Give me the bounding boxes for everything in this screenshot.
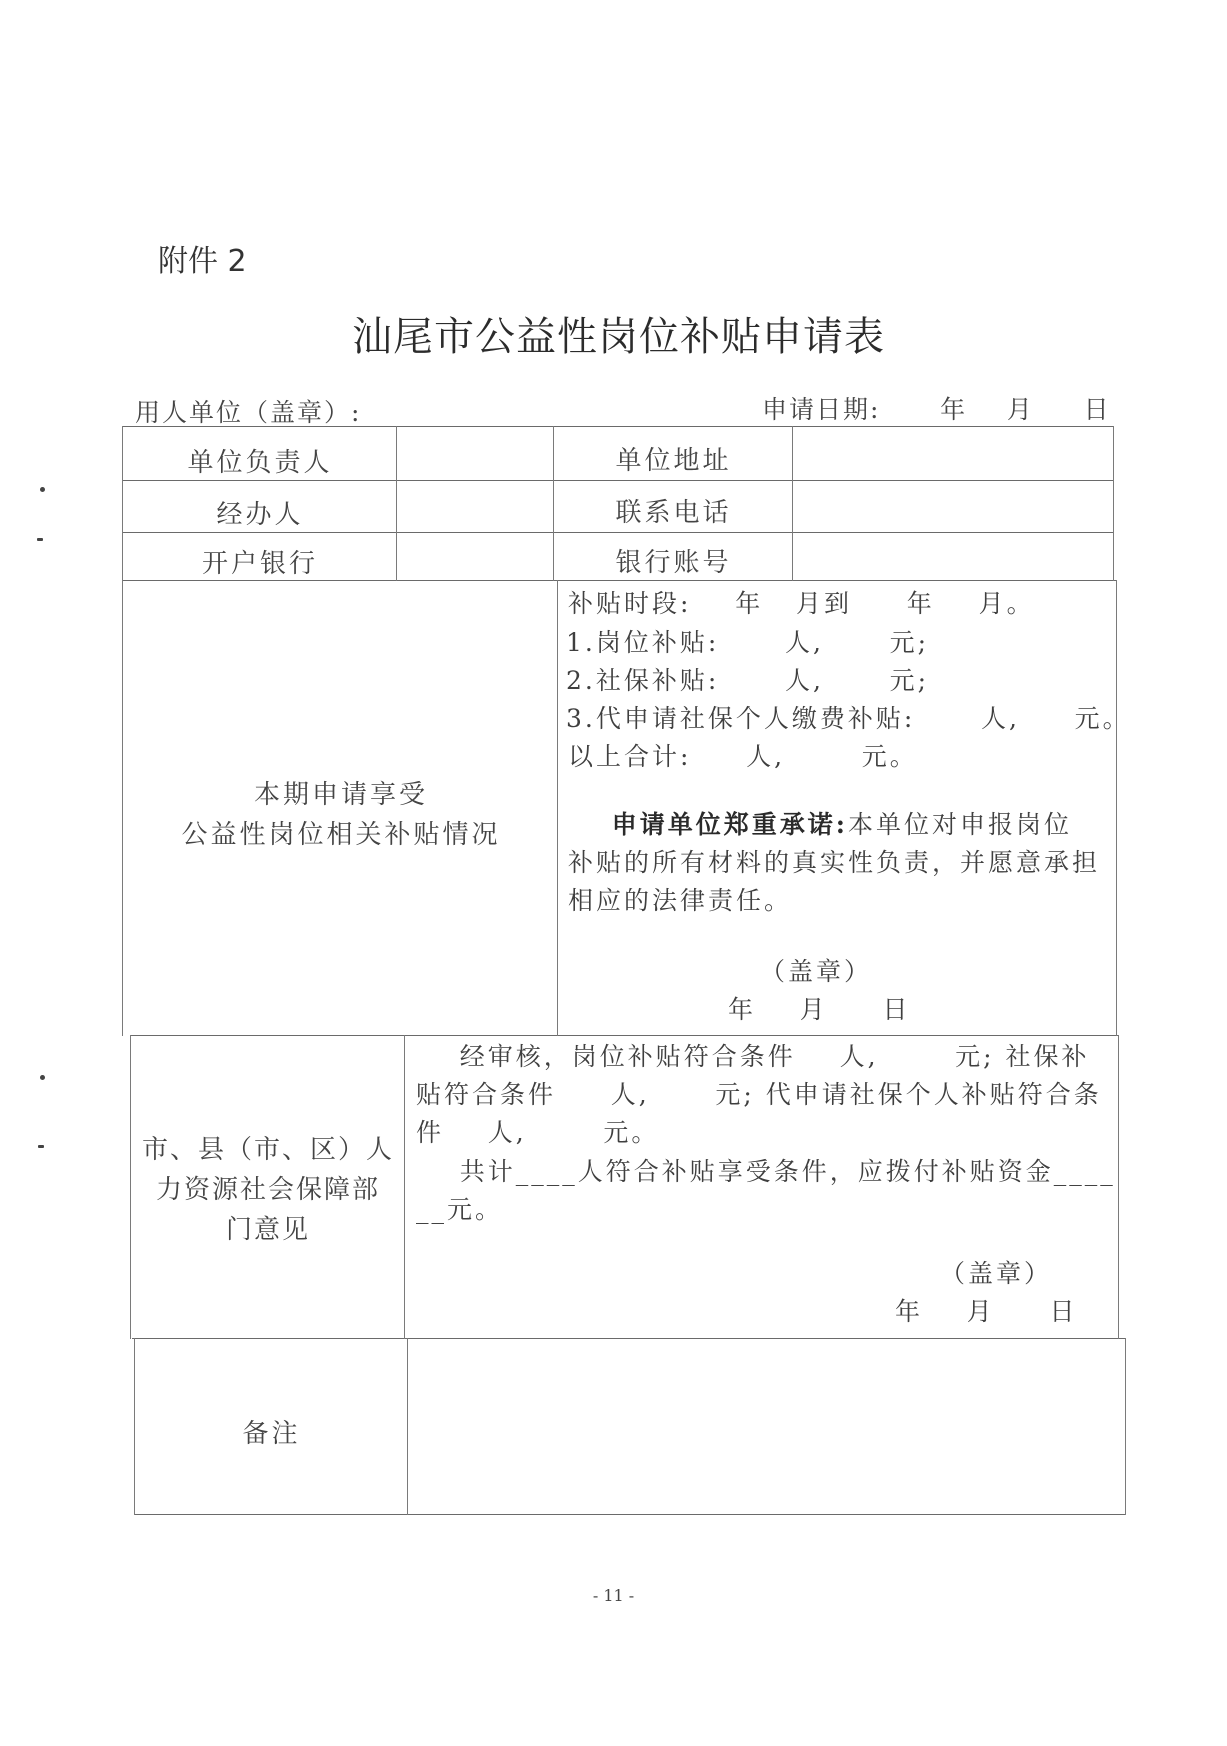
- review-line1: 经审核，岗位补贴符合条件 人, 元; 社保补: [416, 1038, 1090, 1076]
- table-border-left: [134, 1338, 135, 1515]
- application-label-line1: 本期申请享受: [126, 775, 556, 815]
- table-row-divider: [132, 1338, 1126, 1339]
- handler-field[interactable]: [398, 483, 553, 531]
- pledge-heading: 申请单位郑重承诺:: [612, 810, 848, 839]
- item-social-insurance-subsidy: 2.社保补贴: 人, 元;: [566, 662, 929, 700]
- table-border-right: [1118, 1035, 1119, 1339]
- application-date-label: 申请日期: 年 月 日: [762, 390, 1111, 426]
- pledge-text-1: 本单位对申报岗位: [848, 810, 1072, 839]
- table-col-divider: [557, 580, 558, 1036]
- review-label-line2: 力资源社会保障部: [132, 1170, 404, 1210]
- bank-name-label: 开户银行: [124, 543, 396, 580]
- table-row-divider: [122, 480, 1114, 481]
- table-border-right: [1113, 426, 1114, 581]
- remarks-label: 备注: [136, 1413, 407, 1450]
- applicant-date: 年 月 日: [728, 991, 911, 1029]
- page-number: - 11 -: [0, 1586, 1227, 1605]
- review-label-line1: 市、县（市、区）人: [132, 1130, 404, 1170]
- applicant-seal: （盖章）: [760, 953, 872, 991]
- bank-account-label: 银行账号: [555, 542, 792, 579]
- table-border-bottom: [134, 1514, 1126, 1515]
- item-total: 以上合计: 人, 元。: [568, 738, 918, 776]
- unit-head-label: 单位负责人: [124, 442, 396, 479]
- table-col-divider: [396, 426, 397, 581]
- contact-phone-label: 联系电话: [555, 492, 792, 529]
- application-section-label: 本期申请享受 公益性岗位相关补贴情况: [126, 775, 556, 855]
- bank-account-field[interactable]: [794, 535, 1112, 579]
- table-border-left: [122, 426, 123, 1036]
- item-personal-contribution-subsidy: 3.代申请社保个人缴费补贴: 人, 元。: [566, 700, 1131, 738]
- table-col-divider: [792, 426, 793, 581]
- review-total-amount: __元。: [416, 1191, 503, 1229]
- table-col-divider: [407, 1338, 408, 1515]
- employer-seal-label: 用人单位（盖章）:: [135, 393, 361, 429]
- scan-speck: [38, 1145, 44, 1148]
- review-label-line3: 门意见: [132, 1210, 404, 1250]
- table-border-left: [130, 1035, 131, 1339]
- table-col-divider: [553, 426, 554, 581]
- table-row-divider: [122, 532, 1114, 533]
- table-col-divider: [404, 1035, 405, 1339]
- pledge-line1: 申请单位郑重承诺:本单位对申报岗位: [568, 806, 1072, 844]
- unit-address-field[interactable]: [794, 430, 1112, 478]
- review-line2: 贴符合条件 人, 元; 代申请社保个人补贴符合条: [416, 1076, 1102, 1114]
- scan-speck: [40, 487, 45, 492]
- pledge-line2: 补贴的所有材料的真实性负责，并愿意承担: [568, 844, 1100, 882]
- review-total-line: 共计____人符合补贴享受条件，应拨付补贴资金____: [416, 1153, 1116, 1191]
- application-label-line2: 公益性岗位相关补贴情况: [126, 815, 556, 855]
- review-line3: 件 人, 元。: [416, 1114, 659, 1152]
- table-border-top: [122, 426, 1114, 427]
- form-title: 汕尾市公益性岗位补贴申请表: [0, 305, 1227, 362]
- pledge-line3: 相应的法律责任。: [568, 882, 792, 920]
- table-border-right: [1116, 580, 1117, 1036]
- remarks-field[interactable]: [410, 1342, 1122, 1512]
- unit-address-label: 单位地址: [555, 440, 792, 477]
- review-seal: （盖章）: [940, 1255, 1052, 1293]
- bank-name-field[interactable]: [398, 535, 553, 579]
- table-row-divider: [130, 1035, 1118, 1036]
- unit-head-field[interactable]: [398, 430, 553, 478]
- contact-phone-field[interactable]: [794, 483, 1112, 531]
- table-border-right: [1125, 1338, 1126, 1515]
- review-date: 年 月 日: [895, 1293, 1078, 1331]
- subsidy-period: 补贴时段: 年 月到 年 月。: [568, 585, 1035, 623]
- table-row-divider: [122, 580, 1116, 581]
- handler-label: 经办人: [124, 494, 396, 531]
- item-post-subsidy: 1.岗位补贴: 人, 元;: [566, 624, 929, 662]
- review-section-label: 市、县（市、区）人 力资源社会保障部 门意见: [132, 1130, 404, 1250]
- scan-speck: [40, 1075, 45, 1080]
- attachment-label: 附件 2: [158, 236, 247, 280]
- scan-speck: [37, 538, 43, 541]
